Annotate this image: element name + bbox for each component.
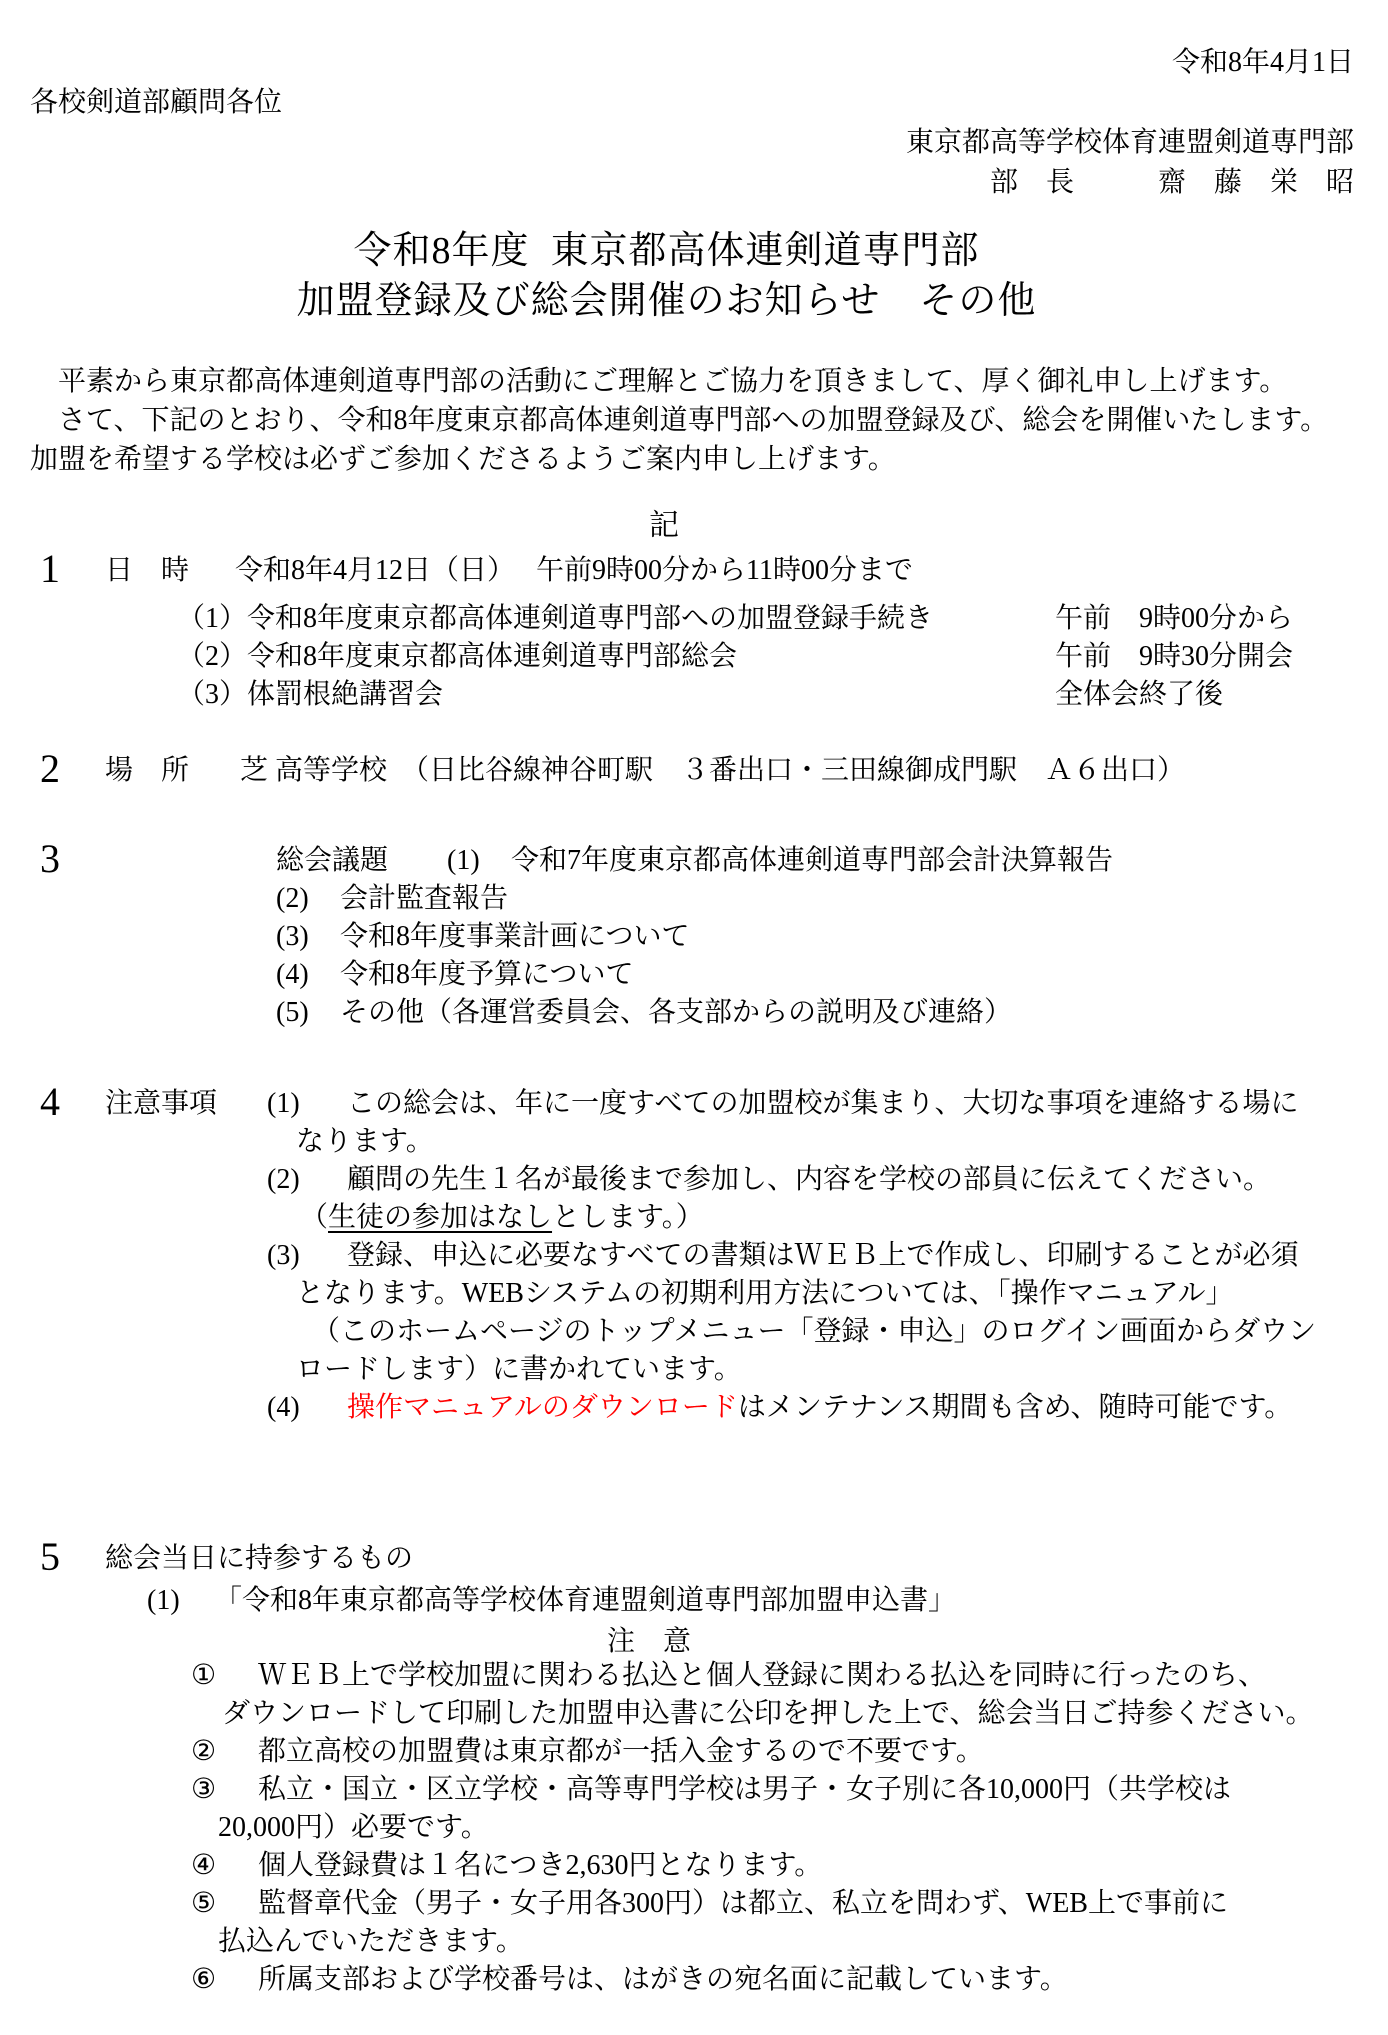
section-5-number: 5 [40, 1537, 60, 1577]
list-item: （3）体罰根絶講習会 全体会終了後 [0, 676, 1388, 714]
list-item-text: 令和8年度東京都高体連剣道専門部総会 [247, 641, 737, 672]
list-item-text: 会計監査報告 [340, 883, 508, 914]
note-item: ⑥所属支部および学校番号は、はがきの宛名面に記載しています。 [0, 1961, 1388, 1999]
list-item-text: 顧問の先生１名が最後まで参加し、内容を学校の部員に伝えてください。 [347, 1164, 1271, 1195]
list-item-continuation: （生徒の参加はなしとします。） [0, 1199, 1388, 1237]
list-item-number: (2) [276, 880, 340, 918]
note-item: ④個人登録費は１名につき2,630円となります。 [0, 1847, 1388, 1885]
section-2-text: 芝 高等学校 （日比谷線神谷町駅 ３番出口・三田線御成門駅 Ａ６出口） [240, 755, 1185, 786]
section-2-number: 2 [40, 749, 60, 789]
list-item-continuation: （このホームページのトップメニュー「登録・申込」のログイン画面からダウン [0, 1313, 1388, 1351]
underlined-text: 生徒の参加はなし [328, 1202, 552, 1233]
list-item-text: ロードします）に書かれています。 [296, 1354, 742, 1385]
list-item-number: （2） [177, 638, 247, 676]
note-text: ダウンロードして印刷した加盟申込書に公印を押した上で、総会当日ご持参ください。 [222, 1698, 1313, 1729]
list-item-number: (3) [276, 918, 340, 956]
circled-number: ⑤ [191, 1885, 258, 1923]
circled-number: ④ [191, 1847, 258, 1885]
list-item-number: (1) [447, 842, 511, 880]
note-text: 払込んでいただきます。 [218, 1926, 524, 1957]
note-text: 個人登録費は１名につき2,630円となります。 [258, 1850, 822, 1881]
section-4-header: 4 注意事項(1)この総会は、年に一度すべての加盟校が集まり、大切な事項を連絡す… [0, 1085, 1388, 1123]
section-1-datetime: 1 日 時令和8年4月12日（日） 午前9時00分から11時00分まで [0, 552, 1388, 590]
note-title: 注 意 [0, 1619, 1388, 1659]
list-item-text: 令和8年度東京都高体連剣道専門部への加盟登録手続き [247, 603, 933, 634]
section-1-number: 1 [40, 549, 60, 589]
list-item-time: 午前 9時00分から [1055, 600, 1293, 638]
list-item-text: この総会は、年に一度すべての加盟校が集まり、大切な事項を連絡する場に [347, 1088, 1298, 1119]
note-item: ③私立・国立・区立学校・高等専門学校は男子・女子別に各10,000円（共学校は [0, 1771, 1388, 1809]
record-marker: 記 [0, 500, 1388, 544]
list-item-text: 令和7年度東京都高体連剣道専門部会計決算報告 [511, 845, 1113, 876]
note-text: 20,000円）必要です。 [218, 1812, 489, 1843]
section-5-item: (1)「令和8年東京都高等学校体育連盟剣道専門部加盟申込書」 [0, 1582, 1388, 1620]
note-item: ①ＷＥＢ上で学校加盟に関わる払込と個人登録に関わる払込を同時に行ったのち、 [0, 1657, 1388, 1695]
doc-signer: 部 長 齋 藤 栄 昭 [0, 160, 1354, 200]
section-2-header: 2 場 所芝 高等学校 （日比谷線神谷町駅 ３番出口・三田線御成門駅 Ａ６出口） [0, 752, 1388, 790]
list-item-number: (2) [267, 1161, 347, 1199]
circled-number: ② [191, 1733, 258, 1771]
note-item: ⑤監督章代金（男子・女子用各300円）は都立、私立を問わず、WEB上で事前に [0, 1885, 1388, 1923]
document-page: 令和8年4月1日 各校剣道部顧問各位 東京都高等学校体育連盟剣道専門部 部 長 … [0, 0, 1388, 2035]
doc-title-line2: 加盟登録及び総会開催のお知らせ その他 [0, 276, 1333, 326]
section-1-header: 1 日 時令和8年4月12日（日） 午前9時00分から11時00分まで [0, 552, 1388, 590]
section-5-heading: 総会当日に持参するもの [105, 1543, 413, 1574]
note-text: 都立高校の加盟費は東京都が一括入金するので不要です。 [258, 1736, 984, 1767]
list-item-text: とします。） [552, 1202, 704, 1233]
section-1-heading: 令和8年4月12日（日） 午前9時00分から11時00分まで [235, 555, 913, 586]
list-item-continuation: なります。 [0, 1123, 1388, 1161]
manual-download-highlight: 操作マニュアルのダウンロード [347, 1392, 738, 1423]
list-item-time: 午前 9時30分開会 [1055, 638, 1293, 676]
note-item: ②都立高校の加盟費は東京都が一括入金するので不要です。 [0, 1733, 1388, 1771]
section-2-place: 2 場 所芝 高等学校 （日比谷線神谷町駅 ３番出口・三田線御成門駅 Ａ６出口） [0, 752, 1388, 790]
list-item-number: (1) [147, 1582, 214, 1620]
list-item-text: 令和8年度予算について [340, 959, 633, 990]
list-item: (4)操作マニュアルのダウンロードはメンテナンス期間も含め、随時可能です。 [0, 1389, 1388, 1427]
paren-open: （ [300, 1202, 328, 1233]
list-item-text: はメンテナンス期間も含め、随時可能です。 [738, 1392, 1292, 1423]
list-item-number: (4) [267, 1389, 347, 1427]
doc-date: 令和8年4月1日 [0, 40, 1354, 80]
note-continuation: ダウンロードして印刷した加盟申込書に公印を押した上で、総会当日ご持参ください。 [0, 1695, 1388, 1733]
list-item-number: (4) [276, 956, 340, 994]
circled-number: ③ [191, 1771, 258, 1809]
list-item: (5)その他（各運営委員会、各支部からの説明及び連絡） [0, 994, 1388, 1032]
note-text: 所属支部および学校番号は、はがきの宛名面に記載しています。 [258, 1964, 1068, 1995]
list-item: (3)登録、申込に必要なすべての書類はＷＥＢ上で作成し、印刷することが必須 [0, 1237, 1388, 1275]
list-item-text: （このホームページのトップメニュー「登録・申込」のログイン画面からダウン [312, 1316, 1316, 1347]
intro-line: 平素から東京都高体連剣道専門部の活動にご理解とご協力を頂きまして、厚く御礼申し上… [30, 362, 1364, 401]
note-text: ＷＥＢ上で学校加盟に関わる払込と個人登録に関わる払込を同時に行ったのち、 [258, 1660, 1266, 1691]
section-4-label: 注意事項 [105, 1085, 267, 1123]
list-item: (2)会計監査報告 [0, 880, 1388, 918]
list-item-text: その他（各運営委員会、各支部からの説明及び連絡） [340, 997, 1012, 1028]
doc-title: 令和8年度 東京都高体連剣道専門部 加盟登録及び総会開催のお知らせ その他 [0, 226, 1388, 326]
list-item-text: となります。WEBシステムの初期利用方法については、「操作マニュアル」 [296, 1278, 1234, 1309]
section-3-header: 3 総会議題(1)令和7年度東京都高体連剣道専門部会計決算報告 [0, 842, 1388, 880]
list-item-number: （3） [177, 676, 247, 714]
list-item-continuation: となります。WEBシステムの初期利用方法については、「操作マニュアル」 [0, 1275, 1388, 1313]
note-continuation: 20,000円）必要です。 [0, 1809, 1388, 1847]
note-text: 監督章代金（男子・女子用各300円）は都立、私立を問わず、WEB上で事前に [258, 1888, 1228, 1919]
list-item-text: 令和8年度事業計画について [340, 921, 689, 952]
note-continuation: 払込んでいただきます。 [0, 1923, 1388, 1961]
section-3-agenda: 3 総会議題(1)令和7年度東京都高体連剣道専門部会計決算報告 (2)会計監査報… [0, 842, 1388, 1032]
section-5-notes: ①ＷＥＢ上で学校加盟に関わる払込と個人登録に関わる払込を同時に行ったのち、 ダウ… [0, 1657, 1388, 1999]
list-item-continuation: ロードします）に書かれています。 [0, 1351, 1388, 1389]
list-item-text: 登録、申込に必要なすべての書類はＷＥＢ上で作成し、印刷することが必須 [347, 1240, 1298, 1271]
list-item-number: （1） [177, 600, 247, 638]
list-item: (4)令和8年度予算について [0, 956, 1388, 994]
doc-title-line1: 令和8年度 東京都高体連剣道専門部 [0, 226, 1333, 276]
list-item-text: なります。 [296, 1126, 434, 1157]
circled-number: ⑥ [191, 1961, 258, 1999]
list-item-time: 全体会終了後 [1055, 676, 1223, 714]
section-1-label: 日 時 [105, 552, 235, 590]
section-4-number: 4 [40, 1082, 60, 1122]
list-item-text: 「令和8年東京都高等学校体育連盟剣道専門部加盟申込書」 [214, 1585, 956, 1616]
list-item-number: (3) [267, 1237, 347, 1275]
doc-organization: 東京都高等学校体育連盟剣道専門部 [0, 120, 1354, 160]
doc-addressee: 各校剣道部顧問各位 [30, 80, 282, 120]
list-item: （2）令和8年度東京都高体連剣道専門部総会 午前 9時30分開会 [0, 638, 1388, 676]
section-5-header: 5 総会当日に持参するもの [0, 1540, 1388, 1578]
intro-line: さて、下記のとおり、令和8年度東京都高体連剣道専門部への加盟登録及び、総会を開催… [30, 401, 1364, 440]
list-item-number: (1) [267, 1085, 347, 1123]
list-item: （1）令和8年度東京都高体連剣道専門部への加盟登録手続き 午前 9時00分から [0, 600, 1388, 638]
section-5-bring: 5 総会当日に持参するもの [0, 1540, 1388, 1578]
list-item-text: 体罰根絶講習会 [247, 679, 443, 710]
list-item-number: (5) [276, 994, 340, 1032]
section-2-label: 場 所 [105, 752, 240, 790]
section-1-list: （1）令和8年度東京都高体連剣道専門部への加盟登録手続き 午前 9時00分から … [0, 600, 1388, 714]
intro-line: 加盟を希望する学校は必ずご参加くださるようご案内申し上げます。 [30, 440, 1364, 479]
circled-number: ① [191, 1657, 258, 1695]
list-item: (3)令和8年度事業計画について [0, 918, 1388, 956]
section-3-number: 3 [40, 839, 60, 879]
list-item: (2)顧問の先生１名が最後まで参加し、内容を学校の部員に伝えてください。 [0, 1161, 1388, 1199]
note-text: 私立・国立・区立学校・高等専門学校は男子・女子別に各10,000円（共学校は [258, 1774, 1231, 1805]
section-3-label: 総会議題 [276, 842, 447, 880]
intro-paragraph: 平素から東京都高体連剣道専門部の活動にご理解とご協力を頂きまして、厚く御礼申し上… [30, 362, 1364, 479]
section-4-cautions: 4 注意事項(1)この総会は、年に一度すべての加盟校が集まり、大切な事項を連絡す… [0, 1085, 1388, 1427]
